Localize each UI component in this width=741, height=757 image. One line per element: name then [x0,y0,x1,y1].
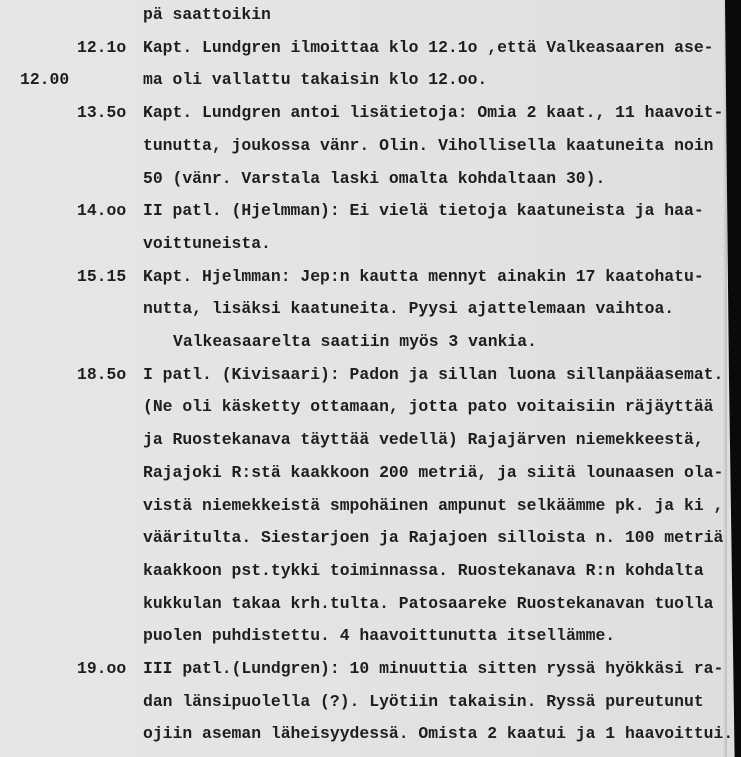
diary-line: 15.15Kapt. Hjelmman: Jep:n kautta mennyt… [0,267,741,287]
diary-line: 19.ooIII patl.(Lundgren): 10 minuuttia s… [0,659,741,679]
diary-line: 18.5oI patl. (Kivisaari): Padon ja silla… [0,365,741,385]
diary-line: dan länsipuolella (?). Lyötiin takaisin.… [0,692,741,712]
entry-text: ja Ruostekanava täyttää vedellä) Rajajär… [143,430,704,450]
entry-text: dan länsipuolella (?). Lyötiin takaisin.… [143,692,704,712]
diary-line: 12.1oKapt. Lundgren ilmoittaa klo 12.1o … [0,38,741,58]
entry-text: vistä niemekkeistä smpohäinen ampunut se… [143,496,723,516]
margin-timestamp: 12.00 [20,70,69,90]
diary-line: pä saattoikin [0,5,741,25]
entry-timestamp: 13.5o [77,103,126,123]
diary-line: ja Ruostekanava täyttää vedellä) Rajajär… [0,430,741,450]
diary-line: 50 (vänr. Varstala laski omalta kohdalta… [0,169,741,189]
diary-line: vääritulta. Siestarjoen ja Rajajoen sill… [0,528,741,548]
entry-text: vääritulta. Siestarjoen ja Rajajoen sill… [143,528,723,548]
entry-text: (Ne oli käsketty ottamaan, jotta pato vo… [143,397,714,417]
diary-line: voittuneista. [0,234,741,254]
entry-text: 50 (vänr. Varstala laski omalta kohdalta… [143,169,605,189]
entry-text: ojiin aseman läheisyydessä. Omista 2 kaa… [143,724,733,744]
diary-line: tunutta, joukossa vänr. Olin. Vihollisel… [0,136,741,156]
entry-text: II patl. (Hjelmman): Ei vielä tietoja ka… [143,201,704,221]
entry-text: pä saattoikin [143,5,271,25]
entry-text: tunutta, joukossa vänr. Olin. Vihollisel… [143,136,714,156]
document-page: pä saattoikin12.1oKapt. Lundgren ilmoitt… [0,0,741,757]
diary-line: Valkeasaarelta saatiin myös 3 vankia. [0,332,741,352]
diary-line: 12.00ma oli vallattu takaisin klo 12.oo. [0,70,741,90]
diary-line: ojiin aseman läheisyydessä. Omista 2 kaa… [0,724,741,744]
diary-line: kukkulan takaa krh.tulta. Patosaareke Ru… [0,594,741,614]
entry-text: Valkeasaarelta saatiin myös 3 vankia. [173,332,537,352]
entry-text: nutta, lisäksi kaatuneita. Pyysi ajattel… [143,299,674,319]
entry-text: ma oli vallattu takaisin klo 12.oo. [143,70,487,90]
entry-text: I patl. (Kivisaari): Padon ja sillan luo… [143,365,723,385]
entry-text: kukkulan takaa krh.tulta. Patosaareke Ru… [143,594,714,614]
entry-text: Kapt. Hjelmman: Jep:n kautta mennyt aina… [143,267,704,287]
diary-line: kaakkoon pst.tykki toiminnassa. Ruosteka… [0,561,741,581]
diary-line: (Ne oli käsketty ottamaan, jotta pato vo… [0,397,741,417]
entry-timestamp: 12.1o [77,38,126,58]
diary-line: 13.5oKapt. Lundgren antoi lisätietoja: O… [0,103,741,123]
entry-text: III patl.(Lundgren): 10 minuuttia sitten… [143,659,723,679]
diary-line: 14.ooII patl. (Hjelmman): Ei vielä tieto… [0,201,741,221]
diary-line: puolen puhdistettu. 4 haavoittunutta its… [0,626,741,646]
diary-line: vistä niemekkeistä smpohäinen ampunut se… [0,496,741,516]
entry-text: Rajajoki R:stä kaakkoon 200 metriä, ja s… [143,463,723,483]
entry-text: Kapt. Lundgren antoi lisätietoja: Omia 2… [143,103,723,123]
entry-timestamp: 19.oo [77,659,126,679]
entry-text: kaakkoon pst.tykki toiminnassa. Ruosteka… [143,561,704,581]
entry-timestamp: 14.oo [77,201,126,221]
diary-line: nutta, lisäksi kaatuneita. Pyysi ajattel… [0,299,741,319]
entry-timestamp: 15.15 [77,267,126,287]
diary-line: Rajajoki R:stä kaakkoon 200 metriä, ja s… [0,463,741,483]
entry-text: puolen puhdistettu. 4 haavoittunutta its… [143,626,615,646]
entry-text: Kapt. Lundgren ilmoittaa klo 12.1o ,että… [143,38,714,58]
entry-text: voittuneista. [143,234,271,254]
entry-timestamp: 18.5o [77,365,126,385]
